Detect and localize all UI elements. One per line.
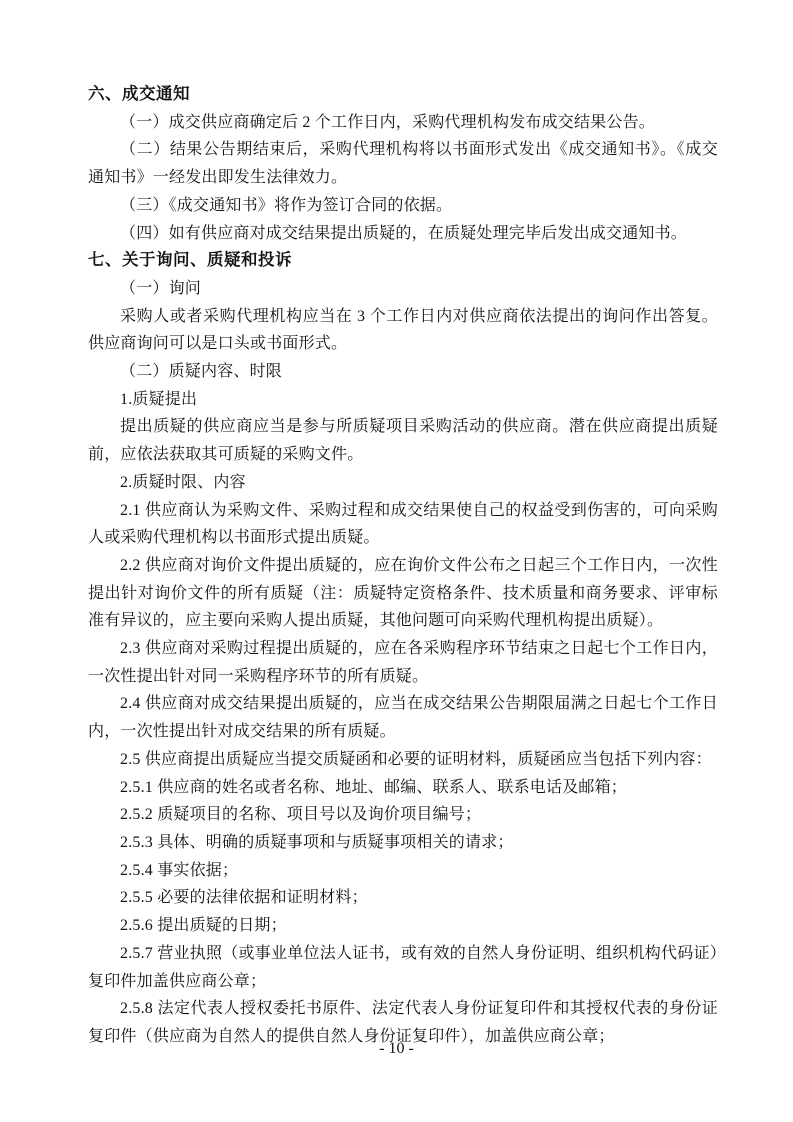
paragraph: 提出质疑的供应商应当是参与所质疑项目采购活动的供应商。潜在供应商提出质疑前，应依… [88,413,718,468]
document-content: 六、成交通知 （一）成交供应商确定后 2 个工作日内，采购代理机构发布成交结果公… [88,81,718,1051]
paragraph: （三）《成交通知书》将作为签订合同的依据。 [88,192,718,220]
document-page: 六、成交通知 （一）成交供应商确定后 2 个工作日内，采购代理机构发布成交结果公… [0,0,793,1122]
subsection-heading-challenge-content: （二）质疑内容、时限 [88,358,718,386]
clause-2-1: 2.1 供应商认为采购文件、采购过程和成交结果使自己的权益受到伤害的，可向采购人… [88,497,718,552]
paragraph: （四）如有供应商对成交结果提出质疑的，在质疑处理完毕后发出成交通知书。 [88,220,718,248]
section-heading-7-inquiry-challenge-complaint: 七、关于询问、质疑和投诉 [88,247,718,275]
clause-2-5-4: 2.5.4 事实依据； [88,857,718,885]
clause-2-5-3: 2.5.3 具体、明确的质疑事项和与质疑事项相关的请求； [88,829,718,857]
subsection-heading-inquiry: （一）询问 [88,275,718,303]
clause-2-5: 2.5 供应商提出质疑应当提交质疑函和必要的证明材料，质疑函应当包括下列内容： [88,746,718,774]
clause-2-2: 2.2 供应商对询价文件提出质疑的，应在询价文件公布之日起三个工作日内，一次性提… [88,552,718,635]
clause-2-3: 2.3 供应商对采购过程提出质疑的，应在各采购程序环节结束之日起七个工作日内，一… [88,635,718,690]
paragraph: （一）成交供应商确定后 2 个工作日内，采购代理机构发布成交结果公告。 [88,109,718,137]
clause-2-5-5: 2.5.5 必要的法律依据和证明材料； [88,884,718,912]
clause-1-heading: 1.质疑提出 [88,386,718,414]
clause-2-5-7: 2.5.7 营业执照（或事业单位法人证书，或有效的自然人身份证明、组织机构代码证… [88,940,718,995]
page-number: - 10 - [0,1040,793,1058]
clause-2-5-6: 2.5.6 提出质疑的日期； [88,912,718,940]
paragraph: 采购人或者采购代理机构应当在 3 个工作日内对供应商依法提出的询问作出答复。供应… [88,303,718,358]
paragraph: （二）结果公告期结束后，采购代理机构将以书面形式发出《成交通知书》。《成交通知书… [88,136,718,191]
clause-2-5-2: 2.5.2 质疑项目的名称、项目号以及询价项目编号； [88,801,718,829]
clause-2-heading: 2.质疑时限、内容 [88,469,718,497]
clause-2-4: 2.4 供应商对成交结果提出质疑的，应当在成交结果公告期限届满之日起七个工作日内… [88,690,718,745]
section-heading-6-award-notice: 六、成交通知 [88,81,718,109]
clause-2-5-1: 2.5.1 供应商的姓名或者名称、地址、邮编、联系人、联系电话及邮箱； [88,774,718,802]
